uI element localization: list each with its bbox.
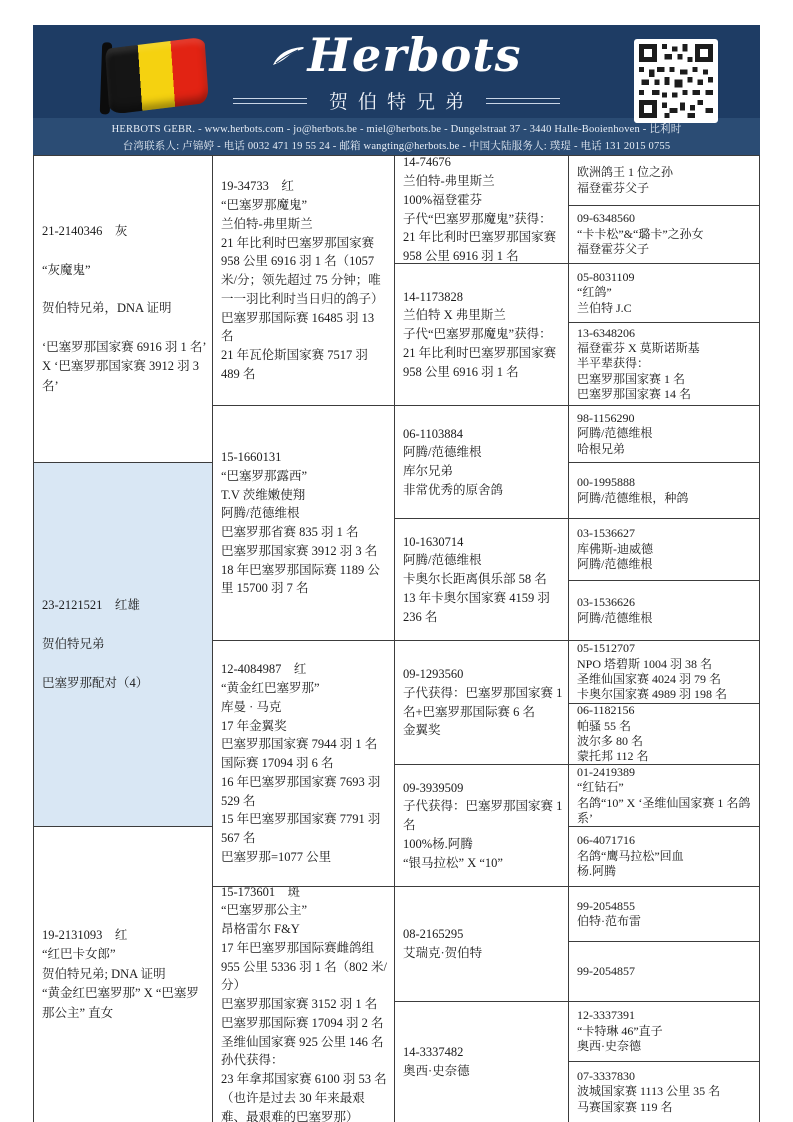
pedigree-cell-gen4-8: 03-1536626 阿腾/范德维根: [569, 581, 760, 641]
pedigree-cell-gen3-7: 08-2165295 艾瑞克·贺伯特: [395, 887, 569, 1002]
header-banner: Herbots 贺伯特兄弟: [33, 25, 760, 118]
pedigree-cell-gen3-3: 06-1103884 阿腾/范德维根 库尔兄弟 非常优秀的原舍鸽: [395, 406, 569, 519]
decor-line-right: [486, 98, 560, 104]
pedigree-cell-gen3-8: 14-3337482 奥西·史奈德: [395, 1002, 569, 1122]
pedigree-cell-gen3-4: 10-1630714 阿腾/范德维根 卡奥尔长距离俱乐部 58 名 13 年卡奥…: [395, 519, 569, 641]
pedigree-cell-dam: 19-2131093 红 “红巴卡女郎” 贺伯特兄弟; DNA 证明 “黄金红巴…: [34, 827, 213, 1122]
pedigree-cell-gen4-13: 99-2054855 伯特·范布雷: [569, 887, 760, 942]
pedigree-table: 21-2140346 灰 “灰魔鬼” 贺伯特兄弟，DNA 证明 ‘巴塞罗那国家赛…: [33, 155, 760, 1122]
pedigree-cell-gen4-6: 00-1995888 阿腾/范德维根，种鸽: [569, 463, 760, 519]
qr-code-icon: [634, 39, 718, 123]
pedigree-cell-gen4-2: 09-6348560 “卡卡松”&“璐卡”之孙女 福登霍芬父子: [569, 206, 760, 264]
pedigree-cell-gen2-1: 19-34733 红 “巴塞罗那魔鬼” 兰伯特-弗里斯兰 21 年比利时巴塞罗那…: [213, 156, 395, 406]
pedigree-cell-gen4-10: 06-1182156 帕骚 55 名 波尔多 80 名 蒙托邦 112 名: [569, 704, 760, 765]
contact-line-2: 台湾联系人: 卢锦婷 - 电话 0032 471 19 55 24 - 邮箱 w…: [123, 138, 671, 153]
header-contact-band: HERBOTS GEBR. - www.herbots.com - jo@her…: [33, 118, 760, 155]
decor-line-left: [233, 98, 307, 104]
pedigree-page: Herbots 贺伯特兄弟: [0, 0, 793, 1122]
pedigree-cell-gen4-16: 07-3337830 波城国家赛 1113 公里 35 名 马赛国家赛 119 …: [569, 1062, 760, 1122]
pedigree-cell-gen3-6: 09-3939509 子代获得：巴塞罗那国家赛 1 名 100%杨.阿腾 “银马…: [395, 765, 569, 887]
brand-text: Herbots: [308, 28, 522, 82]
pedigree-cell-gen3-2: 14-1173828 兰伯特 X 弗里斯兰 子代“巴塞罗那魔鬼”获得： 21 年…: [395, 264, 569, 406]
pedigree-cell-gen4-9: 05-1512707 NPO 塔碧斯 1004 羽 38 名 圣维仙国家赛 40…: [569, 641, 760, 704]
pedigree-cell-gen3-5: 09-1293560 子代获得：巴塞罗那国家赛 1 名+巴塞罗那国际赛 6 名 …: [395, 641, 569, 765]
header: Herbots 贺伯特兄弟: [33, 25, 760, 155]
pedigree-cell-gen4-12: 06-4071716 名鸽“鹰马拉松”回血 杨.阿腾: [569, 827, 760, 887]
pedigree-cell-gen4-3: 05-8031109 “红鸽” 兰伯特 J.C: [569, 264, 760, 323]
brand-subtitle-text: 贺伯特兄弟: [319, 87, 474, 114]
pedigree-cell-gen4-14: 99-2054857: [569, 942, 760, 1002]
pedigree-cell-gen4-11: 01-2419389 “红钻石” 名鸽“10” X ‘圣维仙国家赛 1 名鸽系’: [569, 765, 760, 827]
pedigree-cell-gen2-2: 15-1660131 “巴塞罗那露西” T.V 茨维嫩使翔 阿腾/范德维根 巴塞…: [213, 406, 395, 641]
pedigree-cell-subject: 23-2121521 红雄 贺伯特兄弟 巴塞罗那配对（4）: [34, 463, 213, 827]
feather-icon: [272, 27, 306, 75]
pedigree-cell-sire: 21-2140346 灰 “灰魔鬼” 贺伯特兄弟，DNA 证明 ‘巴塞罗那国家赛…: [34, 156, 213, 463]
pedigree-cell-gen2-4: 15-173601 斑 “巴塞罗那公主” 昂格雷尔 F&Y 17 年巴塞罗那国际…: [213, 887, 395, 1122]
pedigree-cell-gen4-1: 欧洲鸽王 1 位之孙 福登霍芬父子: [569, 156, 760, 206]
pedigree-cell-gen4-4: 13-6348206 福登霍芬 X 莫斯诺斯基 半平辈获得： 巴塞罗那国家赛 1…: [569, 323, 760, 406]
pedigree-cell-gen2-3: 12-4084987 红 “黄金红巴塞罗那” 库曼 · 马克 17 年金翼奖 巴…: [213, 641, 395, 887]
pedigree-cell-gen4-15: 12-3337391 “卡特琳 46”直子 奥西·史奈德: [569, 1002, 760, 1062]
pedigree-cell-gen4-5: 98-1156290 阿腾/范德维根 哈根兄弟: [569, 406, 760, 463]
contact-line-1: HERBOTS GEBR. - www.herbots.com - jo@her…: [112, 121, 682, 136]
pedigree-cell-gen3-1: 14-74676 兰伯特-弗里斯兰 100%福登霍芬 子代“巴塞罗那魔鬼”获得：…: [395, 156, 569, 264]
pedigree-cell-gen4-7: 03-1536627 库佛斯-迪威德 阿腾/范德维根: [569, 519, 760, 581]
